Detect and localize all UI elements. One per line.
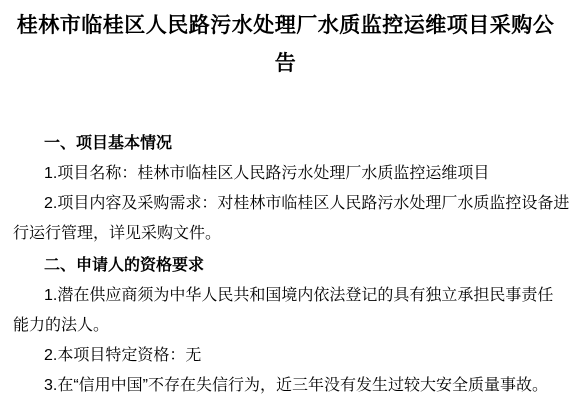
section-2-item-1-line-1: 1.潜在供应商须为中华人民共和国境内依法登记的具有独立承担民事责任 [13, 281, 558, 311]
document-title-line-2: 告 [13, 45, 558, 83]
section-1-item-2-line-2: 行运行管理，详见采购文件。 [13, 219, 558, 249]
section-2-heading: 二、申请人的资格要求 [13, 251, 558, 281]
section-2-item-1-line-2: 能力的法人。 [13, 311, 558, 341]
section-1-item-2-line-1: 2.项目内容及采购需求：对桂林市临桂区人民路污水处理厂水质监控设备进 [13, 189, 558, 219]
section-1-item-1: 1.项目名称：桂林市临桂区人民路污水处理厂水质监控运维项目 [13, 159, 558, 189]
section-2-item-3: 3.在“信用中国”不存在失信行为，近三年没有发生过较大安全质量事故。 [13, 371, 558, 400]
document-body: 一、项目基本情况 1.项目名称：桂林市临桂区人民路污水处理厂水质监控运维项目 2… [13, 129, 558, 400]
document-page: 桂林市临桂区人民路污水处理厂水质监控运维项目采购公 告 一、项目基本情况 1.项… [0, 0, 570, 400]
document-title: 桂林市临桂区人民路污水处理厂水质监控运维项目采购公 告 [13, 7, 558, 83]
section-1-heading: 一、项目基本情况 [13, 129, 558, 159]
document-title-line-1: 桂林市临桂区人民路污水处理厂水质监控运维项目采购公 [13, 7, 558, 45]
section-2-item-2: 2.本项目特定资格：无 [13, 341, 558, 371]
